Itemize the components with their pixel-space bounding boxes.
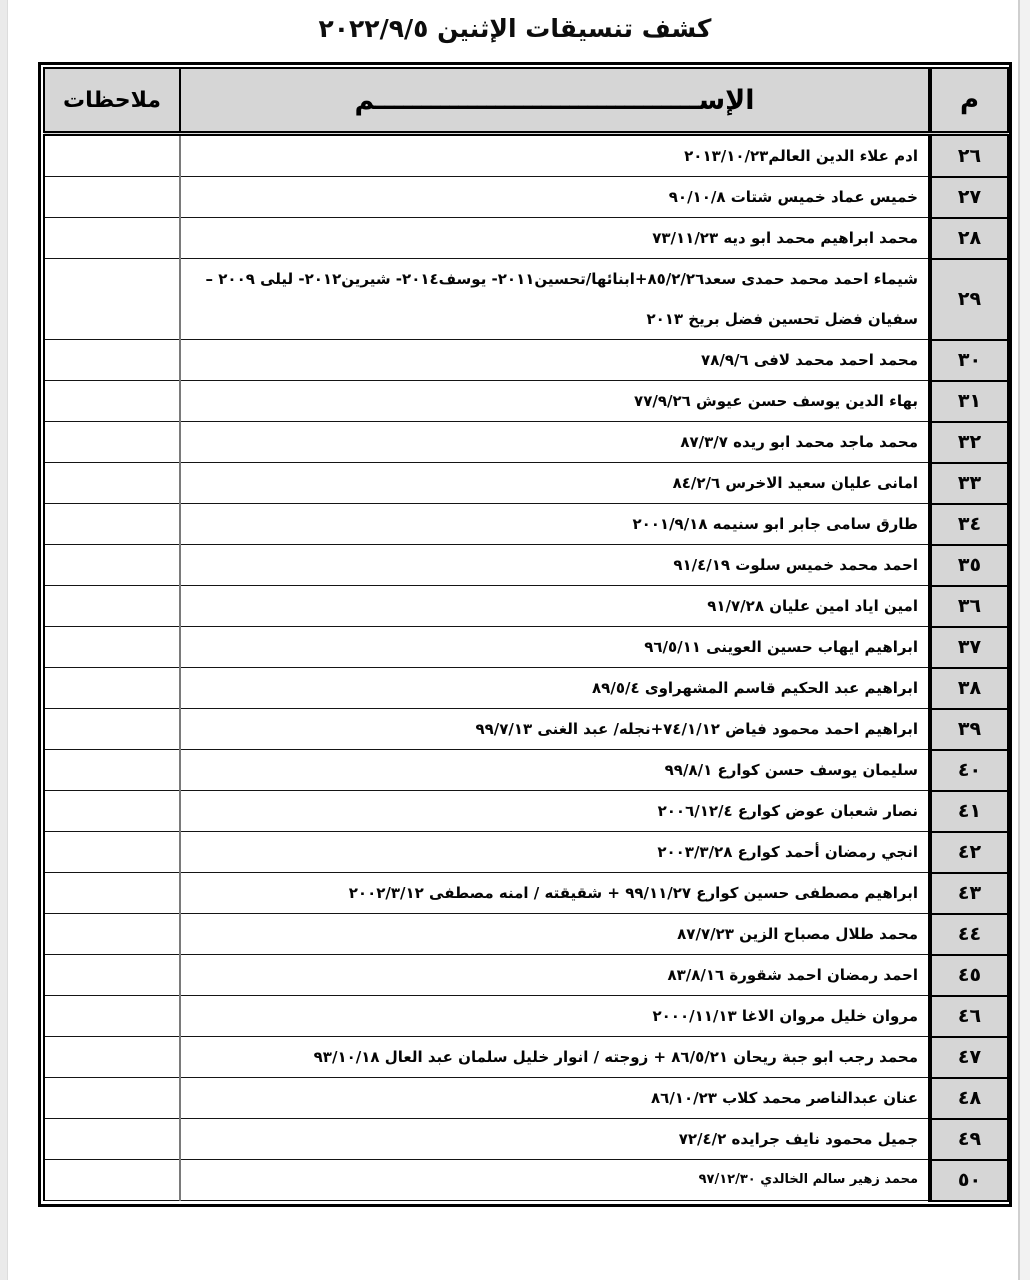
row-notes-cell xyxy=(44,504,180,545)
table-row: ٣٢محمد ماجد محمد ابو ريده ٨٧/٣/٧ xyxy=(44,422,1008,463)
row-notes-cell xyxy=(44,463,180,504)
row-name-cell: جميل محمود نايف جرايده ٧٢/٤/٢ xyxy=(180,1119,930,1160)
row-name-cell: محمد رجب ابو جبة ريحان ٨٦/٥/٢١ + زوجته /… xyxy=(180,1037,930,1078)
row-number-cell: ٤٣ xyxy=(930,873,1008,914)
table-row: ٤٠سليمان يوسف حسن كوارع ٩٩/٨/١ xyxy=(44,750,1008,791)
row-notes-cell xyxy=(44,1119,180,1160)
header-cell-number: م xyxy=(930,68,1008,134)
table-row: ٣٩ابراهيم احمد محمود فياض ٧٤/١/١٢+نجله/ … xyxy=(44,709,1008,750)
row-number-cell: ٤٢ xyxy=(930,832,1008,873)
scanned-document-page: { "title": "كشف تنسيقات الإثنين ٢٠٢٢/٩/٥… xyxy=(0,0,1030,1280)
table-row: ٤٥احمد رمضان احمد شقورة ٨٣/٨/١٦ xyxy=(44,955,1008,996)
row-notes-cell xyxy=(44,381,180,422)
row-name-cell: بهاء الدين يوسف حسن عيوش ٧٧/٩/٢٦ xyxy=(180,381,930,422)
row-notes-cell xyxy=(44,955,180,996)
table-row: ٣٣امانى عليان سعيد الاخرس ٨٤/٢/٦ xyxy=(44,463,1008,504)
row-number-cell: ٣٨ xyxy=(930,668,1008,709)
row-notes-cell xyxy=(44,996,180,1037)
row-notes-cell xyxy=(44,259,180,340)
row-notes-cell xyxy=(44,545,180,586)
row-name-cell: امين اياد امين عليان ٩١/٧/٢٨ xyxy=(180,586,930,627)
row-notes-cell xyxy=(44,791,180,832)
row-notes-cell xyxy=(44,134,180,177)
row-name-cell: محمد ماجد محمد ابو ريده ٨٧/٣/٧ xyxy=(180,422,930,463)
row-number-cell: ٣٧ xyxy=(930,627,1008,668)
header-cell-notes: ملاحظات xyxy=(44,68,180,134)
table-row: ٤٢انجي رمضان أحمد كوارع ٢٠٠٣/٣/٢٨ xyxy=(44,832,1008,873)
row-number-cell: ٢٩ xyxy=(930,259,1008,340)
row-name-cell: احمد محمد خميس سلوت ٩١/٤/١٩ xyxy=(180,545,930,586)
table-row: ٤٧محمد رجب ابو جبة ريحان ٨٦/٥/٢١ + زوجته… xyxy=(44,1037,1008,1078)
row-number-cell: ٤٩ xyxy=(930,1119,1008,1160)
row-name-cell: سليمان يوسف حسن كوارع ٩٩/٨/١ xyxy=(180,750,930,791)
row-number-cell: ٥٠ xyxy=(930,1160,1008,1201)
row-notes-cell xyxy=(44,177,180,218)
row-number-cell: ٤٥ xyxy=(930,955,1008,996)
row-notes-cell xyxy=(44,1160,180,1201)
table-row: ٣٠محمد احمد محمد لافى ٧٨/٩/٦ xyxy=(44,340,1008,381)
table-row: ٣٧ابراهيم ايهاب حسين العوينى ٩٦/٥/١١ xyxy=(44,627,1008,668)
table-row: ٤٦مروان خليل مروان الاغا ٢٠٠٠/١١/١٣ xyxy=(44,996,1008,1037)
table-body: ٢٦ادم علاء الدين العالم٢٠١٣/١٠/٢٣٢٧خميس … xyxy=(44,134,1008,1201)
row-name-cell: شيماء احمد محمد حمدى سعد٨٥/٢/٢٦+ابنائها/… xyxy=(180,259,930,340)
row-notes-cell xyxy=(44,627,180,668)
table-row: ٣٤طارق سامى جابر ابو سنيمه ٢٠٠١/٩/١٨ xyxy=(44,504,1008,545)
row-number-cell: ٢٨ xyxy=(930,218,1008,259)
table-row: ٤٩جميل محمود نايف جرايده ٧٢/٤/٢ xyxy=(44,1119,1008,1160)
table-row: ٢٦ادم علاء الدين العالم٢٠١٣/١٠/٢٣ xyxy=(44,134,1008,177)
row-name-cell: محمد طلال مصباح الزين ٨٧/٧/٢٣ xyxy=(180,914,930,955)
row-name-cell: احمد رمضان احمد شقورة ٨٣/٨/١٦ xyxy=(180,955,930,996)
row-number-cell: ٤٨ xyxy=(930,1078,1008,1119)
row-name-cell: خميس عماد خميس شتات ٩٠/١٠/٨ xyxy=(180,177,930,218)
table-header-row: م الإســــــــــــــــــــــــــــــــــ… xyxy=(44,68,1008,134)
table-row: ٢٧خميس عماد خميس شتات ٩٠/١٠/٨ xyxy=(44,177,1008,218)
row-notes-cell xyxy=(44,832,180,873)
table-row: ٢٨محمد ابراهيم محمد ابو ديه ٧٣/١١/٢٣ xyxy=(44,218,1008,259)
row-name-cell: عنان عبدالناصر محمد كلاب ٨٦/١٠/٢٣ xyxy=(180,1078,930,1119)
table-row: ٣٥احمد محمد خميس سلوت ٩١/٤/١٩ xyxy=(44,545,1008,586)
row-notes-cell xyxy=(44,1037,180,1078)
table-row: ٣٦امين اياد امين عليان ٩١/٧/٢٨ xyxy=(44,586,1008,627)
table-row: ٤٣ابراهيم مصطفى حسين كوارع ٩٩/١١/٢٧ + شق… xyxy=(44,873,1008,914)
row-number-cell: ٣٣ xyxy=(930,463,1008,504)
table-row: ٣٨ابراهيم عبد الحكيم قاسم المشهراوى ٨٩/٥… xyxy=(44,668,1008,709)
row-number-cell: ٤٦ xyxy=(930,996,1008,1037)
row-notes-cell xyxy=(44,750,180,791)
table-row: ٣١بهاء الدين يوسف حسن عيوش ٧٧/٩/٢٦ xyxy=(44,381,1008,422)
row-notes-cell xyxy=(44,1078,180,1119)
row-name-cell: مروان خليل مروان الاغا ٢٠٠٠/١١/١٣ xyxy=(180,996,930,1037)
row-number-cell: ٢٦ xyxy=(930,134,1008,177)
row-name-cell: محمد احمد محمد لافى ٧٨/٩/٦ xyxy=(180,340,930,381)
row-name-cell: ابراهيم احمد محمود فياض ٧٤/١/١٢+نجله/ عب… xyxy=(180,709,930,750)
row-number-cell: ٣١ xyxy=(930,381,1008,422)
page-title: كشف تنسيقات الإثنين ٢٠٢٢/٩/٥ xyxy=(0,14,1030,43)
coordination-table: م الإســــــــــــــــــــــــــــــــــ… xyxy=(43,67,1009,1202)
table-row: ٥٠محمد زهير سالم الخالدي ٩٧/١٢/٣٠ xyxy=(44,1160,1008,1201)
row-number-cell: ٤١ xyxy=(930,791,1008,832)
row-notes-cell xyxy=(44,422,180,463)
row-name-cell: امانى عليان سعيد الاخرس ٨٤/٢/٦ xyxy=(180,463,930,504)
scan-edge-right xyxy=(1018,0,1030,1280)
row-number-cell: ٣٤ xyxy=(930,504,1008,545)
row-name-cell: ابراهيم ايهاب حسين العوينى ٩٦/٥/١١ xyxy=(180,627,930,668)
row-name-cell: ادم علاء الدين العالم٢٠١٣/١٠/٢٣ xyxy=(180,134,930,177)
row-number-cell: ٤٤ xyxy=(930,914,1008,955)
row-name-cell: طارق سامى جابر ابو سنيمه ٢٠٠١/٩/١٨ xyxy=(180,504,930,545)
header-cell-name: الإســـــــــــــــــــــــــــــــــــم xyxy=(180,68,930,134)
row-name-cell: انجي رمضان أحمد كوارع ٢٠٠٣/٣/٢٨ xyxy=(180,832,930,873)
row-number-cell: ٢٧ xyxy=(930,177,1008,218)
row-number-cell: ٤٠ xyxy=(930,750,1008,791)
row-number-cell: ٣٦ xyxy=(930,586,1008,627)
table-row: ٤١نصار شعبان عوض كوارع ٢٠٠٦/١٢/٤ xyxy=(44,791,1008,832)
row-name-cell: محمد ابراهيم محمد ابو ديه ٧٣/١١/٢٣ xyxy=(180,218,930,259)
row-number-cell: ٣٥ xyxy=(930,545,1008,586)
row-name-cell: نصار شعبان عوض كوارع ٢٠٠٦/١٢/٤ xyxy=(180,791,930,832)
row-notes-cell xyxy=(44,668,180,709)
row-number-cell: ٤٧ xyxy=(930,1037,1008,1078)
row-notes-cell xyxy=(44,586,180,627)
row-name-cell: ابراهيم عبد الحكيم قاسم المشهراوى ٨٩/٥/٤ xyxy=(180,668,930,709)
row-notes-cell xyxy=(44,873,180,914)
row-name-cell: ابراهيم مصطفى حسين كوارع ٩٩/١١/٢٧ + شقيق… xyxy=(180,873,930,914)
scan-edge-left xyxy=(0,0,8,1280)
row-notes-cell xyxy=(44,340,180,381)
table-row: ٢٩شيماء احمد محمد حمدى سعد٨٥/٢/٢٦+ابنائه… xyxy=(44,259,1008,340)
table-row: ٤٤محمد طلال مصباح الزين ٨٧/٧/٢٣ xyxy=(44,914,1008,955)
row-number-cell: ٣٩ xyxy=(930,709,1008,750)
row-notes-cell xyxy=(44,709,180,750)
row-notes-cell xyxy=(44,914,180,955)
row-notes-cell xyxy=(44,218,180,259)
row-number-cell: ٣٠ xyxy=(930,340,1008,381)
table-row: ٤٨عنان عبدالناصر محمد كلاب ٨٦/١٠/٢٣ xyxy=(44,1078,1008,1119)
coordination-table-frame: م الإســــــــــــــــــــــــــــــــــ… xyxy=(38,62,1012,1207)
row-name-cell: محمد زهير سالم الخالدي ٩٧/١٢/٣٠ xyxy=(180,1160,930,1201)
row-number-cell: ٣٢ xyxy=(930,422,1008,463)
